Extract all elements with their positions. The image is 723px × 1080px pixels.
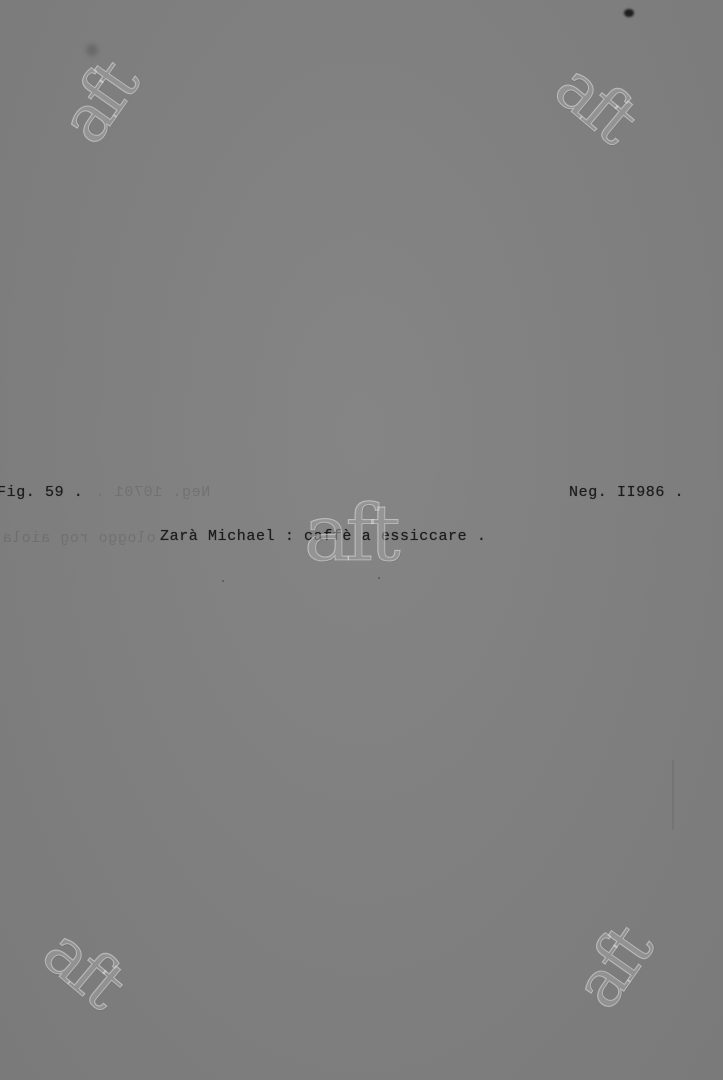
dust-speck bbox=[222, 580, 224, 582]
figure-number: Fig. 59 . bbox=[0, 484, 83, 501]
watermark-logo: aft bbox=[564, 917, 663, 1019]
watermark-logo: aft bbox=[32, 918, 134, 1019]
negative-number: Neg. II986 . bbox=[569, 484, 684, 501]
ink-speck bbox=[624, 9, 634, 17]
paper-crease bbox=[672, 760, 674, 830]
bleed-through-text: ologgo rog aiola bbox=[2, 530, 156, 547]
watermark-logo: aft bbox=[50, 52, 149, 154]
watermark-logo: aft bbox=[304, 495, 396, 573]
bleed-through-text: Neg. 10701 . bbox=[95, 484, 210, 501]
watermark-logo: aft bbox=[544, 53, 646, 154]
scanned-card: Neg. 10701 . ologgo rog aiola Fig. 59 . … bbox=[0, 0, 723, 1080]
